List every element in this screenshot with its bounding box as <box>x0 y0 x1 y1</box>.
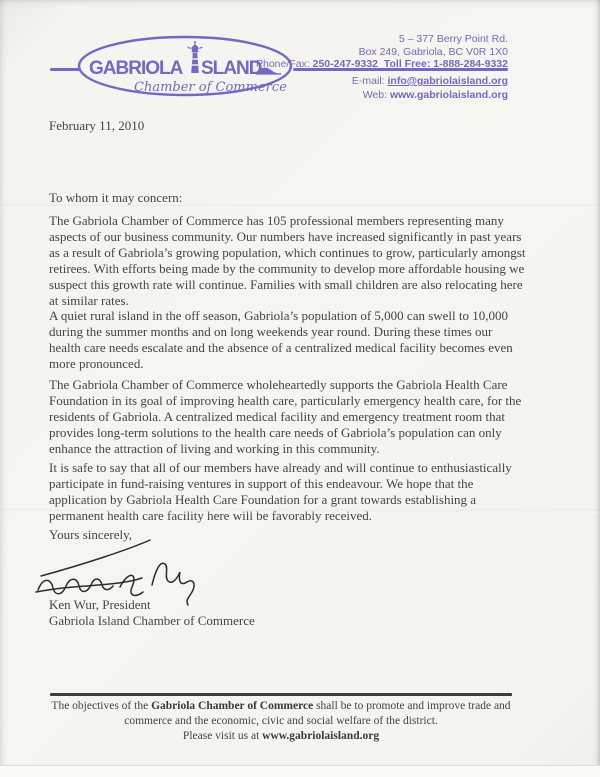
letter-date: February 11, 2010 <box>49 118 594 134</box>
web-address: www.gabriolaisland.org <box>390 89 508 101</box>
phone-label: Phone/Fax: <box>256 58 310 70</box>
footer-line-3: Please visit us at www.gabriolaisland.or… <box>40 729 522 744</box>
paragraph-1: The Gabriola Chamber of Commerce has 105… <box>49 213 594 309</box>
signer-organization: Gabriola Island Chamber of Commerce <box>49 613 255 629</box>
paragraph-4: It is safe to say that all of our member… <box>49 460 594 524</box>
tollfree-number: 1-888-284-9332 <box>433 58 508 70</box>
footer-line-1: The objectives of the Gabriola Chamber o… <box>40 699 522 714</box>
footer: The objectives of the Gabriola Chamber o… <box>40 699 522 744</box>
paper-crease-bottom <box>0 508 600 514</box>
address-line2: Box 249, Gabriola, BC V0R 1X0 <box>256 46 508 59</box>
phone-number: 250-247-9332 <box>313 58 378 70</box>
email-line: E-mail: info@gabriolaisland.org <box>352 75 508 89</box>
letterhead-contact: 5 – 377 Berry Point Rd. Box 249, Gabriol… <box>256 33 508 71</box>
logo-tagline: Chamber of Commerce <box>134 80 287 95</box>
logo-word-island: SLAND <box>201 58 262 79</box>
signer-block: Ken Wur, President Gabriola Island Chamb… <box>49 597 255 629</box>
paragraph-3: The Gabriola Chamber of Commerce wholehe… <box>49 377 594 457</box>
web-label: Web: <box>363 89 387 101</box>
footer-rule <box>50 693 512 696</box>
footer-org-bold: Gabriola Chamber of Commerce <box>151 700 313 712</box>
phone-line: Phone/Fax: 250-247-9332 Toll Free: 1-888… <box>256 58 508 71</box>
address-line1: 5 – 377 Berry Point Rd. <box>256 33 508 46</box>
scanned-letter-page: GABRIOLA SLAND Chamber of Commerce 5 – 3… <box>0 0 600 777</box>
tollfree-label: Toll Free: <box>384 58 430 70</box>
email-address: info@gabriolaisland.org <box>388 75 509 87</box>
footer-line-2: commerce and the economic, civic and soc… <box>40 714 522 729</box>
web-line: Web: www.gabriolaisland.org <box>352 89 508 103</box>
footer-url-bold: www.gabriolaisland.org <box>262 730 379 742</box>
paragraph-2: A quiet rural island in the off season, … <box>49 308 594 372</box>
paper-crease-top <box>0 203 600 209</box>
signer-name-title: Ken Wur, President <box>49 597 255 613</box>
email-label: E-mail: <box>352 75 385 87</box>
logo-word-gabriola: GABRIOLA <box>89 58 184 79</box>
scan-edge <box>0 765 600 777</box>
letterhead-web-contact: E-mail: info@gabriolaisland.org Web: www… <box>352 75 508 102</box>
